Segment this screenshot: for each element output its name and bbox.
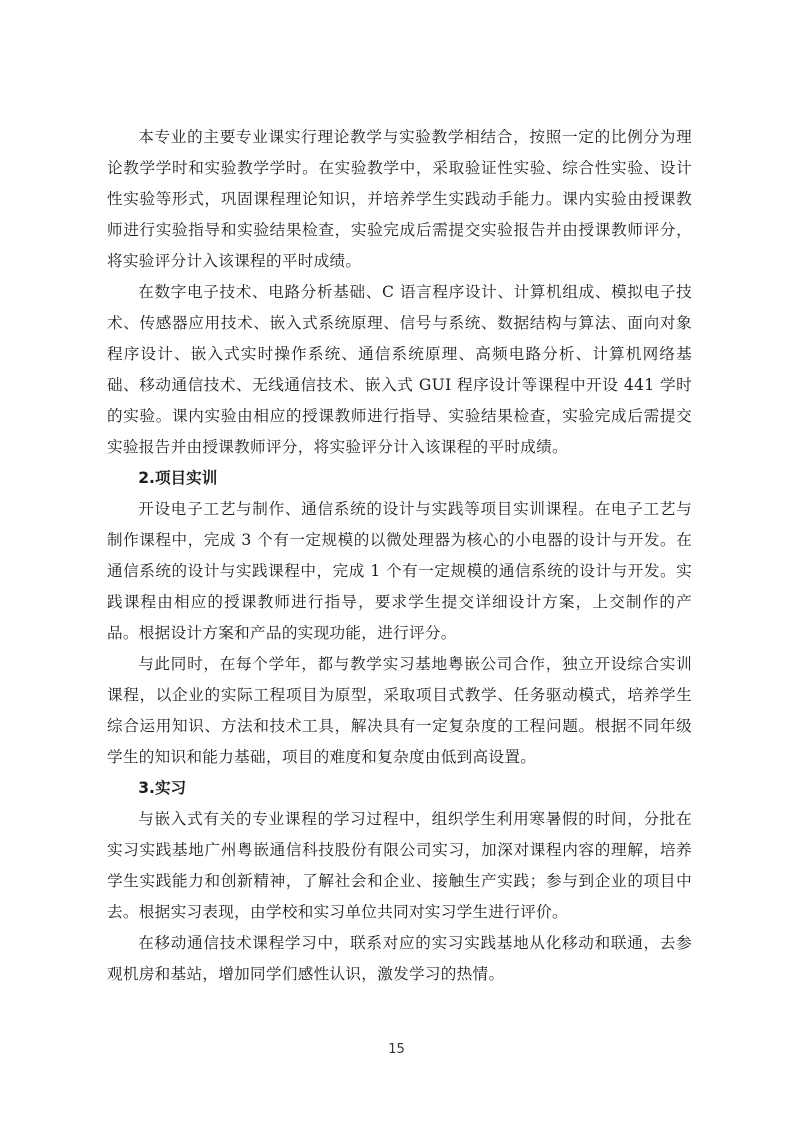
page-content: 本专业的主要专业课实行理论教学与实验教学相结合，按照一定的比例分为理论教学学时和…	[107, 122, 692, 990]
paragraph-comprehensive-training: 与此同时，在每个学年，都与教学实习基地粤嵌公司合作，独立开设综合实训课程，以企业…	[107, 649, 692, 773]
section-heading-internship: 3.实习	[107, 773, 692, 804]
paragraph-project-courses: 开设电子工艺与制作、通信系统的设计与实践等项目实训课程。在电子工艺与制作课程中，…	[107, 494, 692, 649]
section-heading-project-training: 2.项目实训	[107, 463, 692, 494]
paragraph-site-visit: 在移动通信技术课程学习中，联系对应的实习实践基地从化移动和联通，去参观机房和基站…	[107, 928, 692, 990]
paragraph-internship-base: 与嵌入式有关的专业课程的学习过程中，组织学生利用寒暑假的时间，分批在实习实践基地…	[107, 804, 692, 928]
paragraph-lab-courses: 在数字电子技术、电路分析基础、C 语言程序设计、计算机组成、模拟电子技术、传感器…	[107, 277, 692, 463]
page-number: 15	[0, 1042, 793, 1057]
paragraph-lab-teaching-intro: 本专业的主要专业课实行理论教学与实验教学相结合，按照一定的比例分为理论教学学时和…	[107, 122, 692, 277]
